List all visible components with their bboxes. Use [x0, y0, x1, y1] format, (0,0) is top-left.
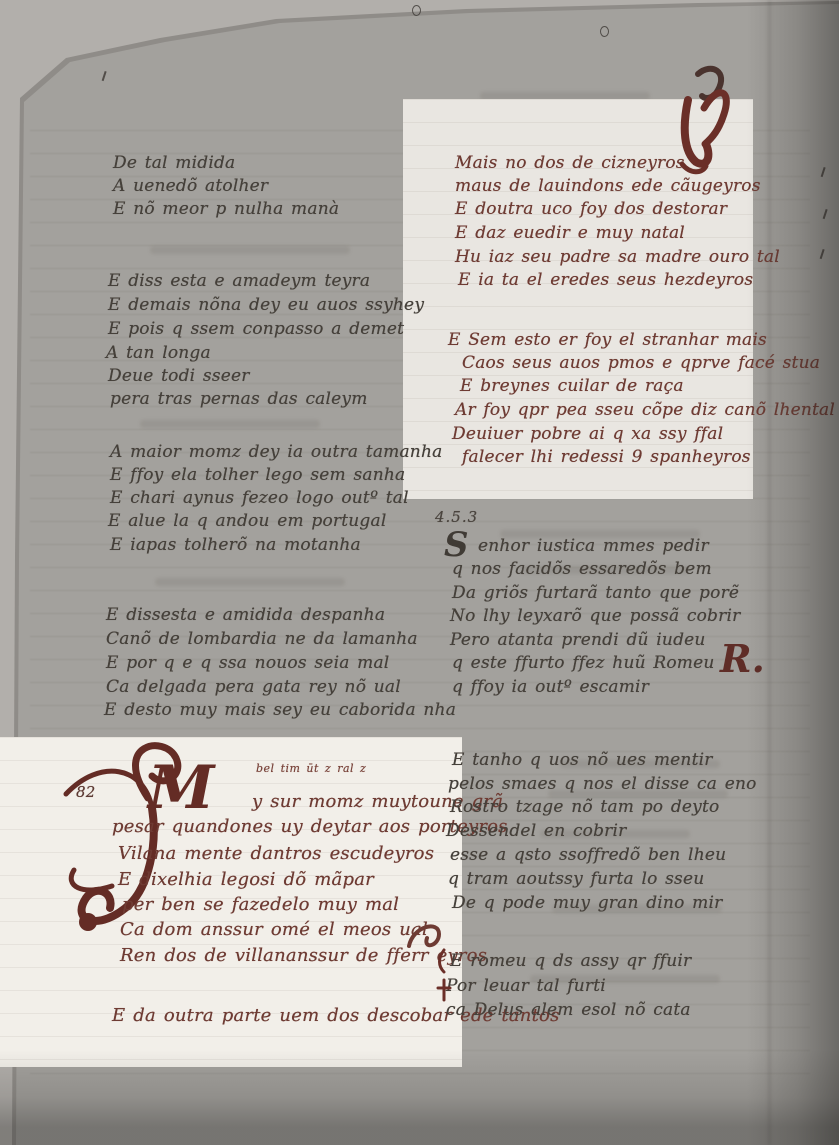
verse-line: esse a qsto ssoffredõ ben lheu: [450, 847, 726, 864]
verse-line: Dessendel en cobrir: [446, 823, 626, 840]
verse-line: pelos smaes q nos el disse ca eno: [448, 776, 757, 793]
verse-line: Canõ de lombardia ne da lamanha: [106, 631, 418, 648]
verse-line: E demais nõna dey eu auos ssyhey: [108, 297, 424, 314]
verse-line: enhor iustica mmes pedir: [478, 538, 709, 555]
stray-ink-mark: [600, 26, 609, 37]
verse-line: E breynes cuilar de raça: [460, 378, 684, 395]
verse-line: No lhy leyxarõ que possã cobrir: [450, 608, 740, 625]
scribal-annotation: bel tim ūt z ral z: [256, 762, 366, 775]
verse-line: maus de lauindons ede cãugeyros: [455, 178, 761, 195]
verse-line: E diss esta e amadeym teyra: [108, 273, 370, 290]
verse-line: Hu iaz seu padre sa madre ouro tal: [455, 249, 780, 266]
verse-line: E alue la q andou em portugal: [108, 513, 386, 530]
verse-line: Ca delgada pera gata rey nõ ual: [106, 679, 401, 696]
initial-letter: S: [444, 528, 469, 562]
stray-ink-mark: [412, 5, 421, 16]
verse-line: E desto muy mais sey eu caborida nha: [104, 702, 456, 719]
verse-line: Deuiuer pobre ai q xa ssy ffal: [452, 426, 723, 443]
verse-line: Rostro tzage nõ tam po deyto: [450, 799, 719, 816]
verse-line: Ar foy qpr pea sseu cõpe diz canõ lhenta…: [455, 402, 835, 419]
stanza-lead-mark-icon: [434, 948, 454, 1008]
verse-line: Pero atanta prendi dũ iudeu: [450, 632, 706, 649]
verse-line: E romeu q ds assy qr ffuir: [450, 953, 691, 970]
verse-line: De q pode muy gran dino mir: [452, 895, 722, 912]
verse-line: E dissesta e amidida despanha: [106, 607, 385, 624]
verse-line: Vilana mente dantros escudeyros: [118, 845, 434, 863]
verse-line: q nos facidõs essaredõs bem: [452, 561, 712, 578]
corner-flourish-icon: [672, 66, 732, 176]
verse-line: De tal midida: [113, 155, 235, 172]
page-fold-line: [768, 0, 771, 1145]
verse-line: A tan longa: [106, 345, 211, 362]
verse-line: Deue todi sseer: [108, 368, 250, 385]
verse-line: A maior momz dey ia outra tamanha: [110, 444, 442, 461]
bleed-through-mark: [150, 246, 350, 254]
verse-line: q este ffurto ffez huũ Romeu: [452, 655, 715, 672]
section-number: 4.5.3: [435, 508, 478, 526]
verse-line: E pois q ssem conpasso a demet: [108, 321, 404, 338]
verse-line: falecer lhi redessi 9 spanheyros: [462, 449, 751, 466]
verse-line: Por leuar tal furti: [446, 978, 606, 995]
margin-ornament-r: R.: [720, 640, 765, 678]
manuscript-scan: { "document": { "kind": "medieval manusc…: [0, 0, 839, 1145]
verse-line: Da griõs furtarã tanto que porẽ: [452, 585, 739, 602]
verse-line: E tanho q uos nõ ues mentir: [452, 752, 713, 769]
verse-line: E chari aynus fezeo logo outº tal: [110, 490, 409, 507]
verse-line: E daz euedir e muy natal: [455, 225, 685, 242]
bleed-through-mark: [140, 420, 320, 428]
verse-line: E iapas tolherõ na motanha: [110, 537, 361, 554]
verse-line: A uenedõ atolher: [113, 178, 268, 195]
verse-line: E nõ meor p nulha manà: [113, 201, 339, 218]
verse-line: Caos seus auos pmos e qprve facé stua: [462, 355, 820, 372]
verse-line: ca Delus alem esol nõ cata: [446, 1002, 691, 1019]
verse-line: pera tras pernas das caleym: [110, 391, 368, 408]
verse-line: E ffoy ela tolher lego sem sanha: [110, 467, 405, 484]
verse-line: E dixelhia legosi dõ mãpar: [118, 871, 374, 889]
verse-line: Ca dom anssur omé el meos ual: [120, 921, 428, 939]
verse-line: per ben se fazedelo muy mal: [122, 896, 399, 914]
verse-line: q tram aoutssy furta lo sseu: [448, 871, 704, 888]
verse-line: Mais no dos de cizneyros: [455, 155, 685, 172]
verse-line: q ffoy ia outº escamir: [452, 679, 649, 696]
verse-line: E Sem esto er foy el stranhar mais: [448, 332, 767, 349]
verse-line: E ia ta el eredes seus hezdeyros: [458, 272, 753, 289]
decorated-initial-letter: M: [148, 758, 214, 818]
verse-line: E doutra uco foy dos destorar: [455, 201, 727, 218]
bleed-through-mark: [155, 578, 345, 586]
verse-line: E por q e q ssa nouos seia mal: [106, 655, 389, 672]
